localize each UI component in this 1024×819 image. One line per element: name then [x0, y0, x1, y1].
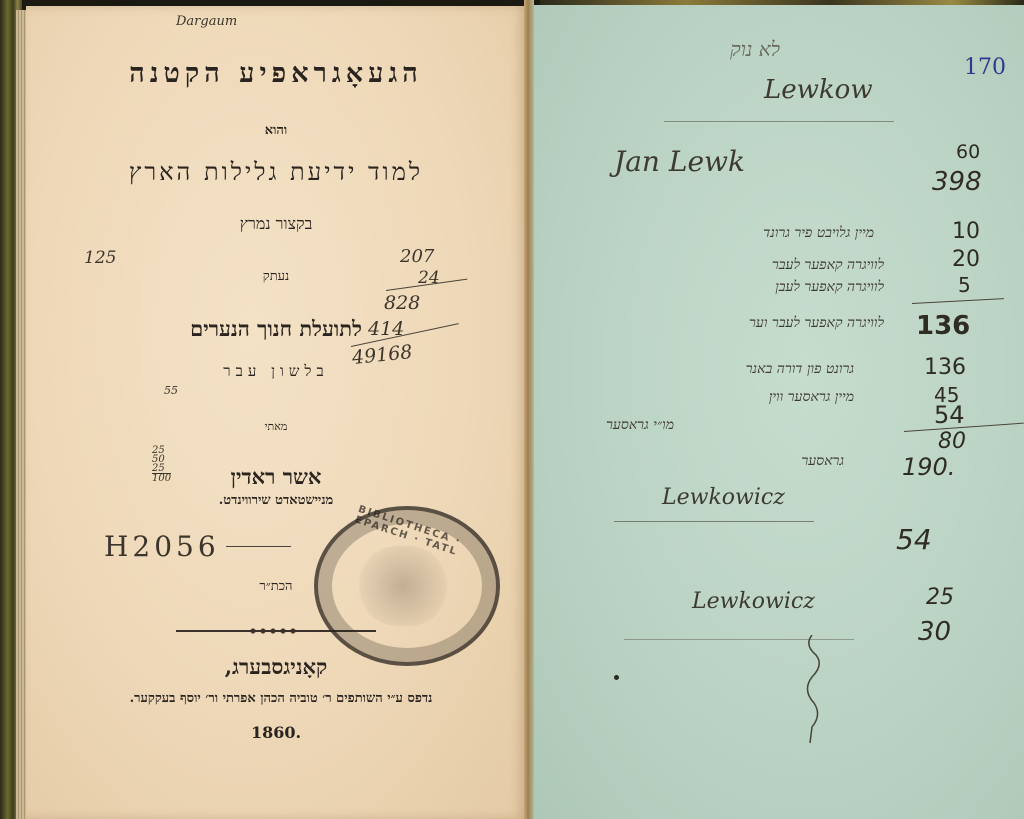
book-gutter	[524, 0, 534, 819]
yiddish-line: גרונט פון דורה באנר	[654, 361, 854, 378]
margin-mark: 55	[164, 384, 178, 397]
author-origin: מנײשטאדט שירווינדט.	[26, 492, 526, 508]
ledger-rule-1	[912, 298, 1004, 304]
ledger-number: 25	[926, 585, 954, 610]
yiddish-line: מו״י גראסער	[554, 417, 674, 434]
purpose-line: לתועלת חנוך הנערים	[26, 316, 526, 342]
catalog-number: H2056	[104, 530, 220, 563]
ledger-number: 136	[924, 355, 966, 380]
ink-spot	[614, 675, 619, 680]
book-subtitle: למוד ידיעת גלילות הארץ	[26, 158, 526, 187]
ledger-number: 80	[938, 429, 966, 454]
pencil-note: לא נוק	[730, 37, 780, 62]
catalog-rule	[226, 546, 291, 547]
small-sum: 25 50 25 100	[152, 446, 171, 483]
printer-line: נדפס ע״י השותפים ר׳ טוביה הכהן אפרתי ור׳…	[46, 690, 516, 706]
ledger-number: 190.	[902, 453, 955, 481]
calc-line-3: 828	[384, 292, 420, 314]
ledger-number: 54	[896, 523, 932, 556]
endpaper-page: 170 לא נוק Lewkow Jan Lewk 60 398 מיין ג…	[534, 5, 1024, 819]
yiddish-line: לוויגרה קאפער לעבר וער	[684, 315, 884, 332]
stamp-emblem	[358, 546, 448, 626]
signature-rule-1	[664, 121, 894, 122]
book-title: הגעאָגראפיע הקטנה	[26, 58, 526, 89]
publication-city: קאָניגסבערג,	[26, 654, 526, 680]
signature-rule-2	[614, 521, 814, 522]
ledger-number: 10	[952, 219, 980, 244]
ledger-number: 398	[932, 167, 982, 197]
signature-3: Lewkowicz	[662, 485, 785, 510]
handwritten-signature: Dargaum	[176, 14, 237, 29]
yiddish-line: מיין גראסער ווין	[704, 389, 854, 406]
ledger-number: 20	[952, 247, 980, 272]
yiddish-line: גראסער	[744, 453, 844, 470]
signature-4: Lewkowicz	[692, 589, 815, 614]
flourish-squiggle	[794, 635, 834, 745]
yiddish-line: לוויגרה קאפער לעבן	[654, 279, 884, 296]
ledger-number: 5	[958, 273, 971, 297]
ledger-number: 60	[956, 141, 980, 163]
ledger-number: 30	[918, 617, 951, 647]
title-page: הגעאָגראפיע הקטנה והוא למוד ידיעת גלילות…	[26, 6, 526, 819]
author-name: אשר ראדין	[26, 464, 526, 490]
yiddish-line: מיין גלויבט פיר גרונד	[624, 225, 874, 242]
signature-2: Jan Lewk	[614, 145, 745, 178]
signature-1: Lewkow	[764, 75, 873, 105]
calc-line-1: 207	[400, 246, 434, 267]
margin-number: 125	[84, 248, 116, 268]
blue-catalog-number: 170	[964, 55, 1006, 80]
ledger-number: 54	[934, 401, 965, 429]
yiddish-line: לוויגרה קאפער לעבר	[654, 257, 884, 274]
by-line: מאתי	[26, 420, 526, 433]
library-stamp: BIBLIOTHECA · EPARCH · TATL	[314, 506, 500, 666]
publication-year: 1860.	[26, 723, 526, 742]
ledger-number: 136	[916, 311, 970, 341]
kitzur-line: בקצור נמרץ	[26, 214, 526, 234]
language-line: בלשון עבר	[26, 362, 526, 381]
vehu-line: והוא	[26, 122, 526, 138]
